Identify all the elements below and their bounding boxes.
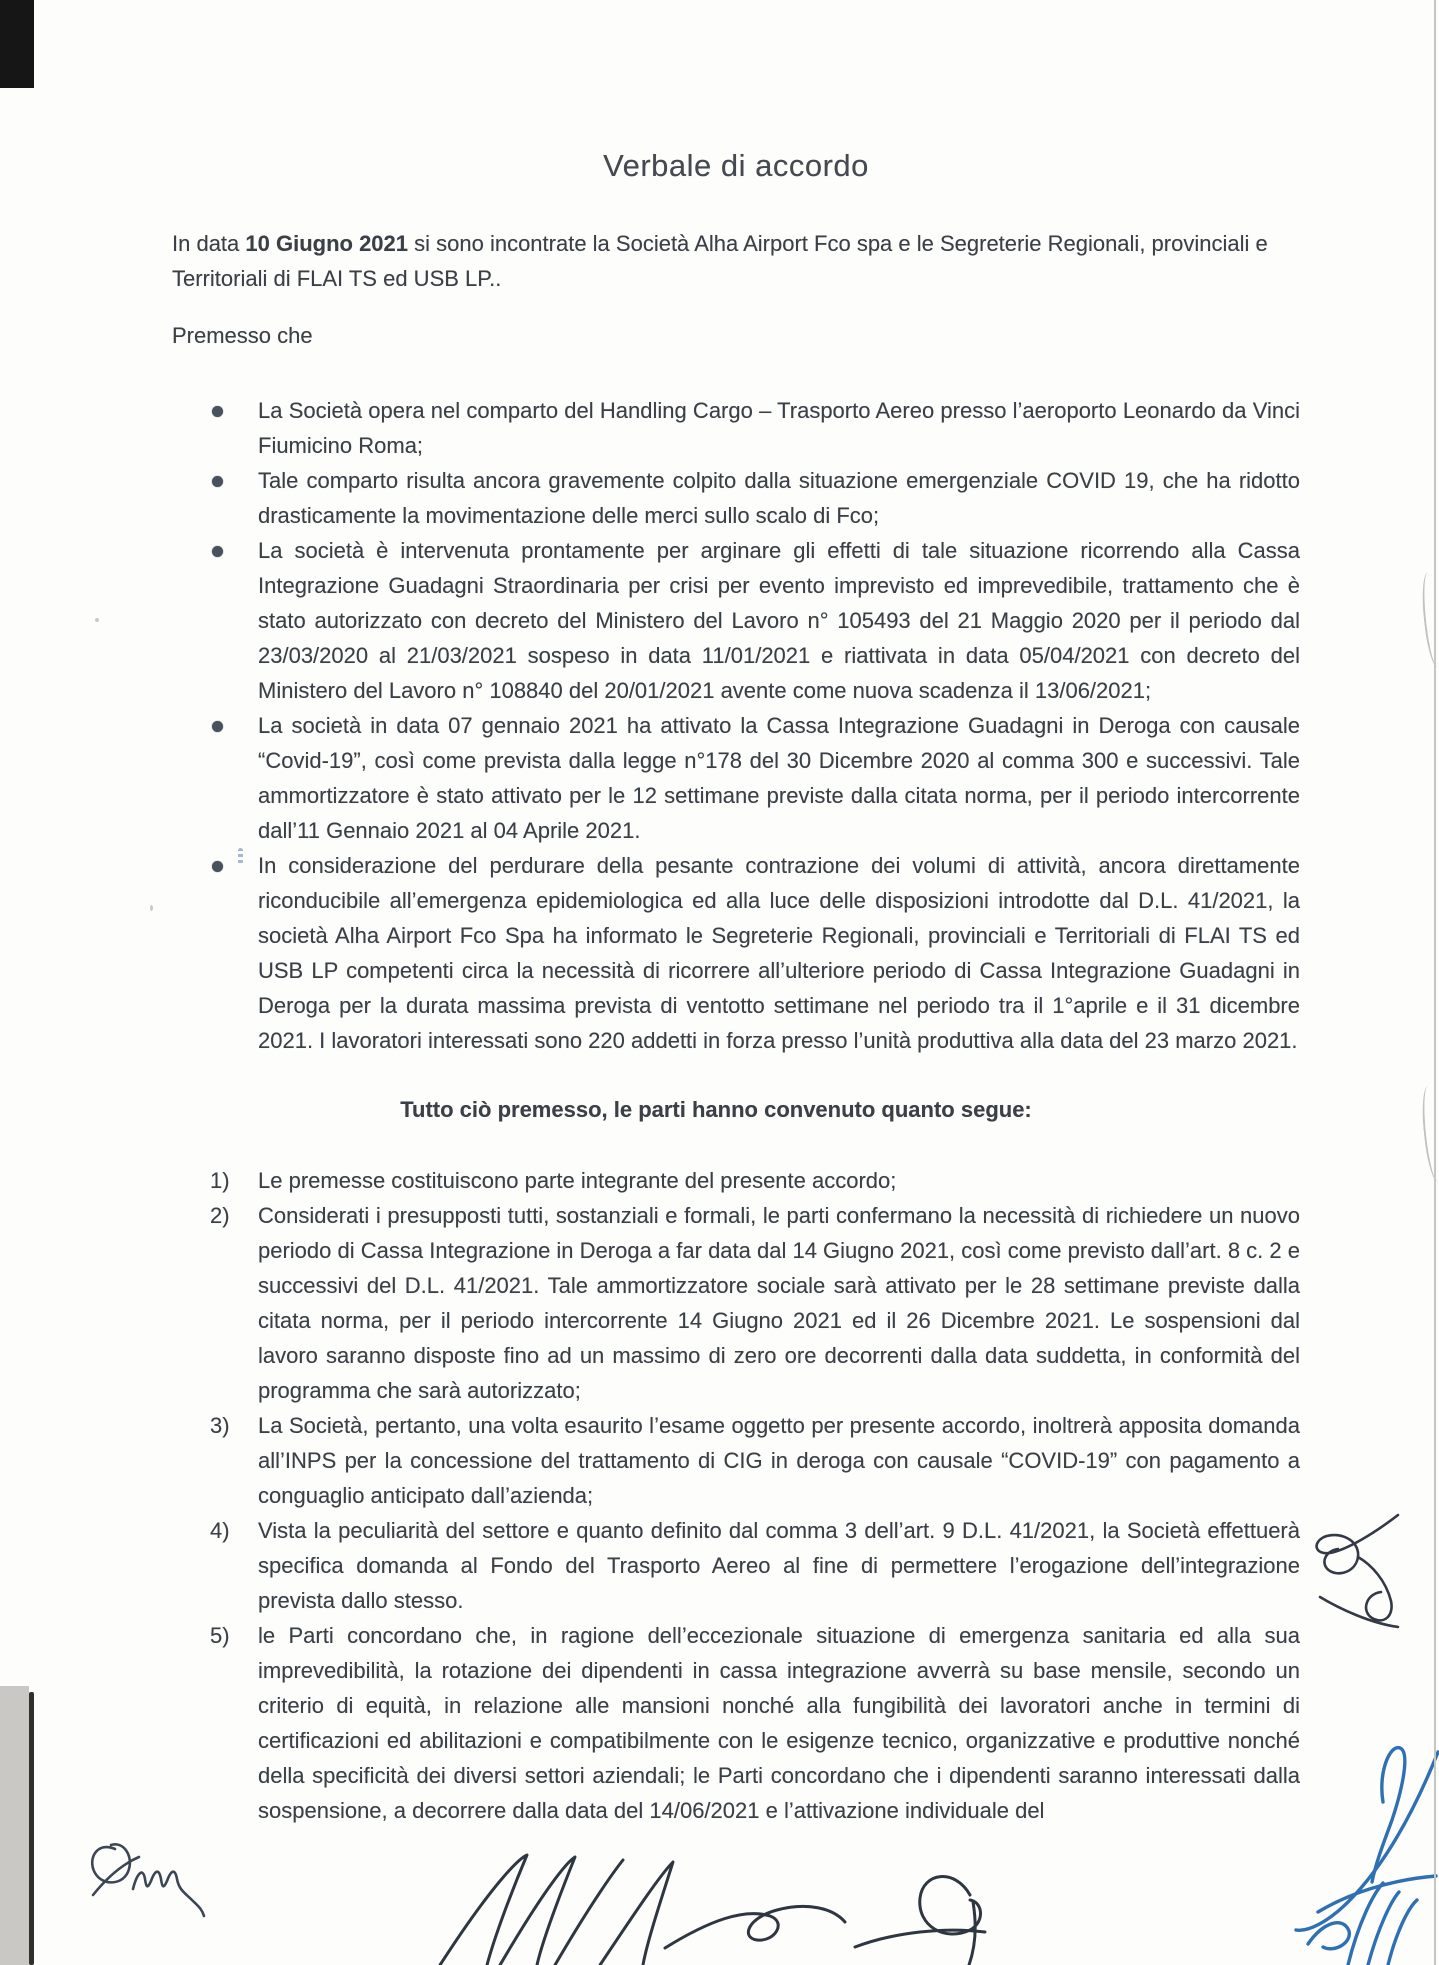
bullet-icon	[212, 406, 223, 417]
item-number: 4)	[210, 1513, 230, 1548]
intro-before-date: In data	[172, 231, 245, 256]
item-number: 5)	[210, 1618, 230, 1653]
scanned-document-page: Verbale di accordo In data 10 Giugno 202…	[0, 0, 1439, 1965]
agreement-item: 1) Le premesse costituiscono parte integ…	[172, 1163, 1300, 1198]
agreement-item: 4) Vista la peculiarità del settore e qu…	[172, 1513, 1300, 1618]
agreement-item: 3) La Società, pertanto, una volta esaur…	[172, 1408, 1300, 1513]
agreement-item: 5) le Parti concordano che, in ragione d…	[172, 1618, 1300, 1828]
scan-blue-mark	[238, 848, 243, 864]
bullet-icon	[212, 476, 223, 487]
scan-left-edge-line	[29, 1692, 34, 1965]
item-text: Considerati i presupposti tutti, sostanz…	[258, 1203, 1300, 1403]
item-text: Vista la peculiarità del settore e quant…	[258, 1518, 1300, 1613]
bullet-icon	[212, 721, 223, 732]
bullet-text: In considerazione del perdurare della pe…	[258, 853, 1300, 1053]
premise-bullet: La Società opera nel comparto del Handli…	[172, 393, 1300, 463]
agreement-heading: Tutto ciò premesso, le parti hanno conve…	[172, 1092, 1300, 1127]
premise-heading: Premesso che	[172, 318, 1300, 353]
page-title: Verbale di accordo	[172, 148, 1300, 184]
scan-speck	[150, 905, 153, 911]
item-number: 3)	[210, 1408, 230, 1443]
item-text: La Società, pertanto, una volta esaurito…	[258, 1413, 1300, 1508]
premise-bullet: Tale comparto risulta ancora gravemente …	[172, 463, 1300, 533]
scan-curl-mark	[1419, 571, 1439, 668]
intro-date: 10 Giugno 2021	[245, 231, 408, 256]
premise-bullet-list: La Società opera nel comparto del Handli…	[172, 393, 1300, 1058]
bullet-icon	[212, 861, 223, 872]
intro-paragraph: In data 10 Giugno 2021 si sono incontrat…	[172, 226, 1300, 296]
signature-bottom-left	[85, 1835, 217, 1927]
bullet-icon	[212, 546, 223, 557]
bullet-text: La società in data 07 gennaio 2021 ha at…	[258, 713, 1300, 843]
scan-curl-mark	[1419, 1085, 1439, 1182]
premise-bullet: La società in data 07 gennaio 2021 ha at…	[172, 708, 1300, 848]
bullet-text: Tale comparto risulta ancora gravemente …	[258, 468, 1300, 528]
agreement-item: 2) Considerati i presupposti tutti, sost…	[172, 1198, 1300, 1408]
scan-right-edge-line	[1434, 0, 1436, 1965]
premise-bullet: La società è intervenuta prontamente per…	[172, 533, 1300, 708]
scan-left-edge-strip	[0, 1686, 29, 1965]
item-number: 2)	[210, 1198, 230, 1233]
item-text: le Parti concordano che, in ragione dell…	[258, 1623, 1300, 1823]
scan-corner-artifact	[0, 0, 34, 88]
bullet-text: La Società opera nel comparto del Handli…	[258, 398, 1300, 458]
signature-bottom-right-blue	[1288, 1742, 1439, 1965]
signature-right-dark	[1300, 1505, 1418, 1637]
item-text: Le premesse costituiscono parte integran…	[258, 1168, 896, 1193]
signature-bottom-center	[425, 1850, 1065, 1965]
document-body: Verbale di accordo In data 10 Giugno 202…	[172, 0, 1300, 1828]
scan-speck	[95, 618, 99, 622]
bullet-text: La società è intervenuta prontamente per…	[258, 538, 1300, 703]
agreement-item-list: 1) Le premesse costituiscono parte integ…	[172, 1163, 1300, 1828]
item-number: 1)	[210, 1163, 230, 1198]
premise-bullet: In considerazione del perdurare della pe…	[172, 848, 1300, 1058]
